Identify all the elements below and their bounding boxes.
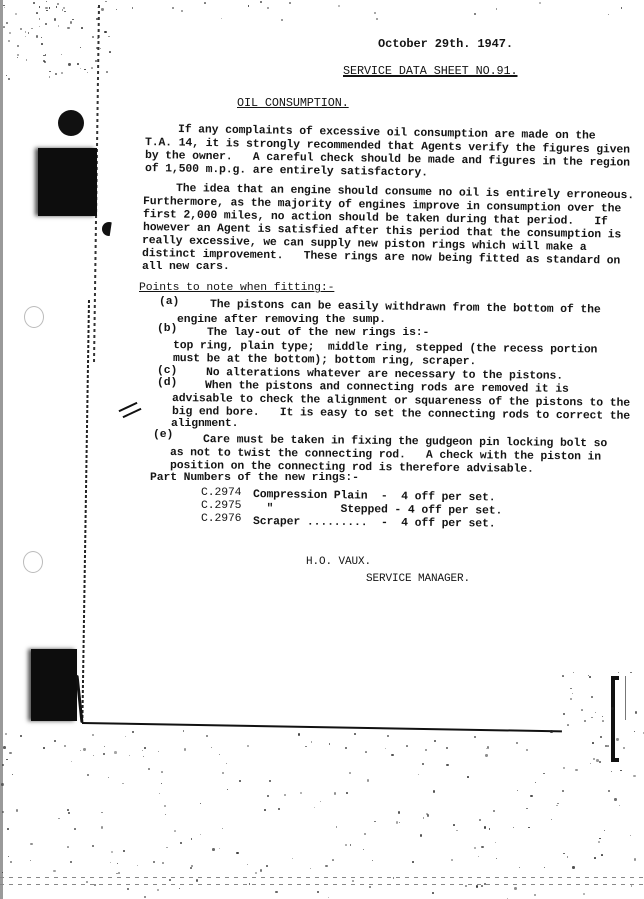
point-label: (b) xyxy=(157,323,177,335)
point-text: The lay-out of the new rings is:- xyxy=(207,327,429,339)
document-date: October 29th. 1947. xyxy=(378,37,513,51)
part-description: Scraper ......... - 4 off per set. xyxy=(253,516,496,531)
part-numbers-heading: Part Numbers of the new rings:- xyxy=(150,472,359,484)
point-text: engine after removing the sump. xyxy=(177,314,386,326)
point-label: (d) xyxy=(157,377,177,389)
point-label: (c) xyxy=(157,365,177,377)
points-heading: Points to note when fitting:- xyxy=(139,282,334,294)
sheet-title: SERVICE DATA SHEET NO.91. xyxy=(343,64,517,78)
text-line: all new cars. xyxy=(142,261,230,273)
point-text: must be at the bottom); bottom ring, scr… xyxy=(173,353,476,368)
part-description: Compression Plain - 4 off per set. xyxy=(253,489,496,504)
part-number: C.2974 xyxy=(201,487,241,499)
part-number: C.2975 xyxy=(201,500,241,512)
part-number: C.2976 xyxy=(201,513,241,525)
point-text: alignment. xyxy=(171,418,238,430)
point-label: (e) xyxy=(153,429,173,441)
section-title: OIL CONSUMPTION. xyxy=(237,96,349,110)
point-label: (a) xyxy=(159,296,179,308)
signature-title: SERVICE MANAGER. xyxy=(366,573,470,585)
service-data-sheet: October 29th. 1947. SERVICE DATA SHEET N… xyxy=(0,0,644,899)
signature-name: H.O. VAUX. xyxy=(306,556,371,568)
